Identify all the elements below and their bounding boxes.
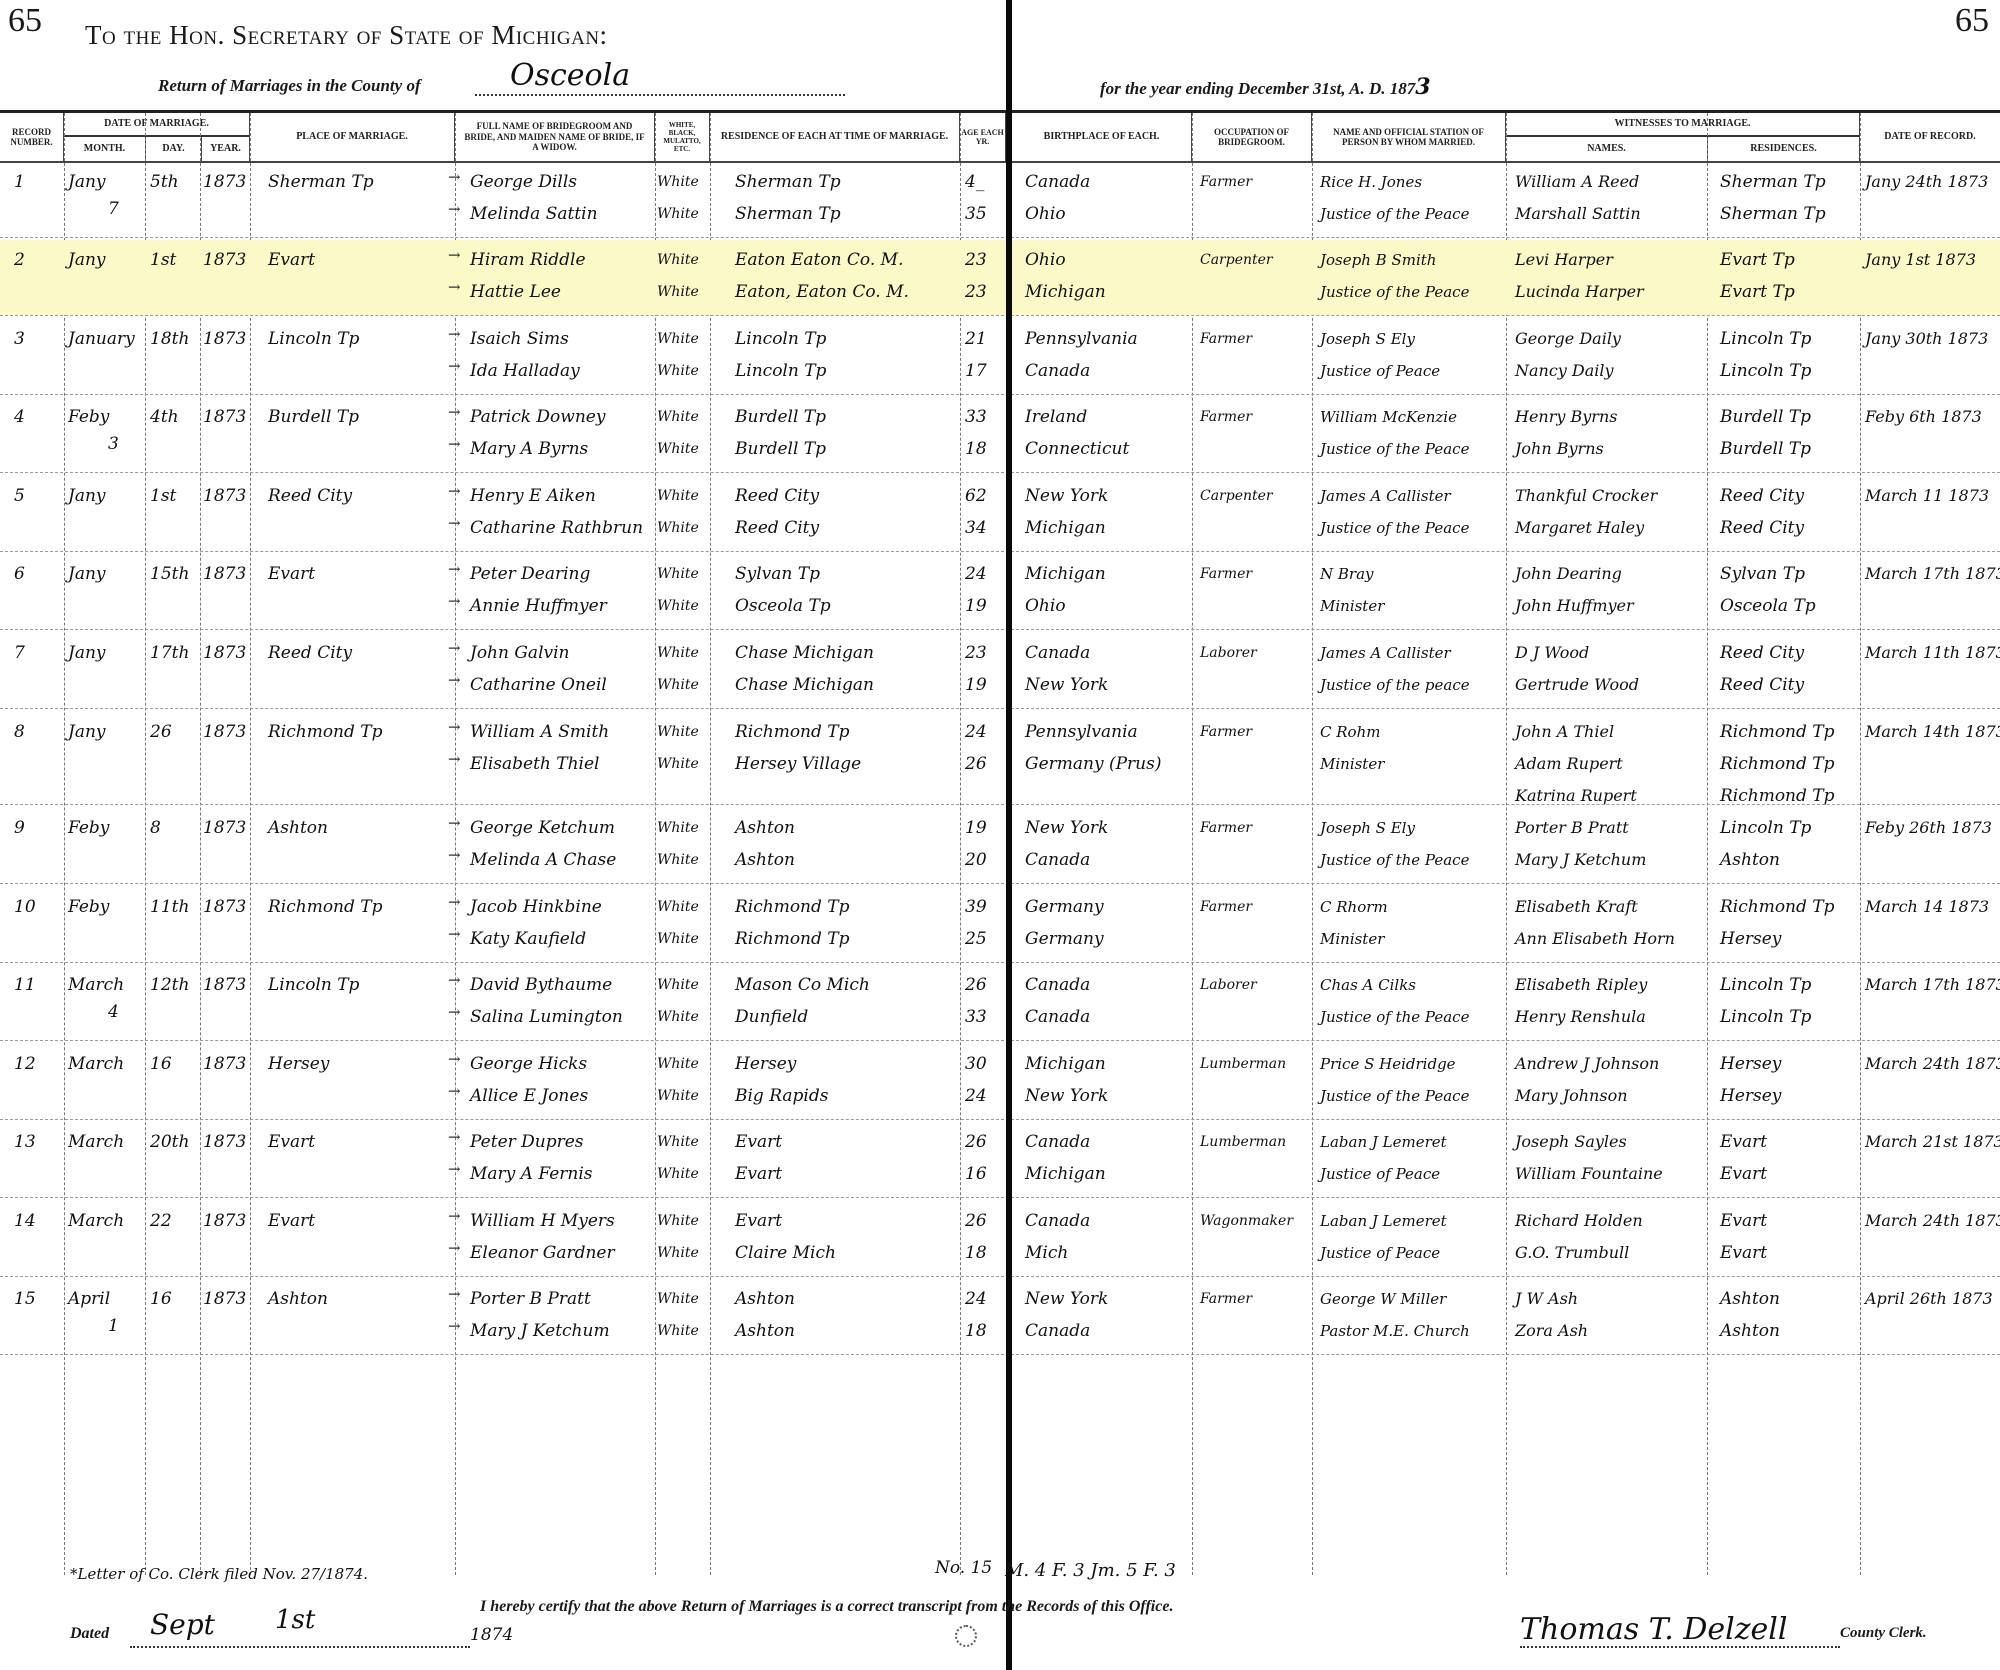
spouse-race: WhiteWhite [657, 401, 709, 465]
record-number: 9 [14, 812, 54, 844]
spouse-birthplaces: PennsylvaniaGermany (Prus) [1025, 716, 1190, 780]
spouse-residences-bride-res: Eaton, Eaton Co. M. [735, 276, 960, 308]
officiant-officiant-title: Justice of the peace [1320, 669, 1505, 701]
groom-occupation-occupation: Farmer [1200, 401, 1310, 433]
officiant-officiant-title: Justice of the Peace [1320, 276, 1505, 308]
officiant-officiant-title: Minister [1320, 923, 1505, 955]
officiant-officiant: Price S Heidridge [1320, 1048, 1505, 1080]
spouse-birthplaces-groom-birth: Canada [1025, 969, 1190, 1001]
spouse-race: WhiteWhite [657, 323, 709, 387]
spouse-birthplaces-bride-birth: New York [1025, 1080, 1190, 1112]
officiant-officiant: C Rohm [1320, 716, 1505, 748]
header-date-of-marriage: Date of Marriage. Month. Day. Year. [64, 113, 250, 161]
spouse-ages: 2618 [965, 1205, 1005, 1269]
marriage-month-month: Feby [68, 812, 144, 844]
spouse-names: Peter DearingAnnie Huffmyer [470, 558, 660, 622]
marriage-place: Sherman Tp [268, 166, 453, 198]
record-row: 12March161873HerseyGeorge HicksAllice E … [0, 1044, 2000, 1119]
marriage-place-place: Lincoln Tp [268, 969, 453, 1001]
witness-names-witness1: John Dearing [1515, 558, 1705, 590]
record-number: 6 [14, 558, 54, 590]
header-witness-residences: Residences. [1708, 137, 1859, 161]
bracket-arrow-icon: → [448, 514, 461, 532]
spouse-birthplaces-groom-birth: Canada [1025, 637, 1190, 669]
row-divider [0, 315, 2000, 316]
witness-residences-wres1: Hersey [1720, 1048, 1860, 1080]
marriage-day: 18th [150, 323, 198, 355]
spouse-ages: 2426 [965, 716, 1005, 780]
witness-residences: Richmond TpHersey [1720, 891, 1860, 955]
marriage-place-place: Hersey [268, 1048, 453, 1080]
officiant: N BrayMinister [1320, 558, 1505, 622]
spouse-race-groom-color: White [657, 244, 709, 276]
witness-residences-wres1: Reed City [1720, 637, 1860, 669]
groom-occupation: Laborer [1200, 969, 1310, 1001]
witness-names-witness1: J W Ash [1515, 1283, 1705, 1315]
marriage-year-year: 1873 [203, 637, 251, 669]
witness-names-witness1: Richard Holden [1515, 1205, 1705, 1237]
spouse-birthplaces: CanadaMich [1025, 1205, 1190, 1269]
spouse-names-groom: William H Myers [470, 1205, 660, 1237]
spouse-names: George DillsMelinda Sattin [470, 166, 660, 230]
marriage-year: 1873 [203, 716, 251, 748]
marriage-place-place: Reed City [268, 480, 453, 512]
spouse-names-groom: John Galvin [470, 637, 660, 669]
spouse-race-bride-color: White [657, 355, 709, 387]
tally-note: M. 4 F. 3 Jm. 5 F. 3 [1005, 1560, 1176, 1581]
record-number-num: 14 [14, 1205, 54, 1237]
record-number-num: 11 [14, 969, 54, 1001]
marriage-year: 1873 [203, 891, 251, 923]
spouse-race-bride-color: White [657, 748, 709, 780]
marriage-day: 1st [150, 244, 198, 276]
groom-occupation-occupation: Farmer [1200, 166, 1310, 198]
spouse-race-groom-color: White [657, 1205, 709, 1237]
header-place-of-marriage: Place of Marriage. [250, 113, 455, 161]
spouse-names-groom: William A Smith [470, 716, 660, 748]
date-of-record: April 26th 1873 [1865, 1283, 2000, 1315]
spouse-ages-groom-age: 30 [965, 1048, 1005, 1080]
officiant-officiant: George W Miller [1320, 1283, 1505, 1315]
row-divider [0, 804, 2000, 805]
witness-residences-wres1: Lincoln Tp [1720, 323, 1860, 355]
spouse-race: WhiteWhite [657, 244, 709, 308]
marriage-month-month: Jany [68, 166, 144, 198]
spouse-ages-bride-age: 18 [965, 1315, 1005, 1347]
spouse-names-groom: David Bythaume [470, 969, 660, 1001]
officiant: James A CallisterJustice of the Peace [1320, 480, 1505, 544]
date-of-record: Jany 1st 1873 [1865, 244, 2000, 276]
spouse-birthplaces-groom-birth: Michigan [1025, 558, 1190, 590]
marriage-day-day: 1st [150, 480, 198, 512]
spouse-names: John GalvinCatharine Oneil [470, 637, 660, 701]
spouse-names: Peter DupresMary A Fernis [470, 1126, 660, 1190]
witness-residences-wres1: Reed City [1720, 480, 1860, 512]
header-month: Month. [64, 137, 146, 161]
row-divider [0, 1119, 2000, 1120]
row-divider [0, 708, 2000, 709]
witness-residences-wres1: Sherman Tp [1720, 166, 1860, 198]
groom-occupation: Farmer [1200, 401, 1310, 433]
date-of-record: Feby 6th 1873 [1865, 401, 2000, 433]
spouse-birthplaces: IrelandConnecticut [1025, 401, 1190, 465]
groom-occupation: Lumberman [1200, 1048, 1310, 1080]
spouse-ages-bride-age: 33 [965, 1001, 1005, 1033]
spouse-birthplaces-bride-birth: New York [1025, 669, 1190, 701]
spouse-ages: 3318 [965, 401, 1005, 465]
marriage-year: 1873 [203, 401, 251, 433]
witness-residences: Reed CityReed City [1720, 637, 1860, 701]
spouse-ages: 3024 [965, 1048, 1005, 1112]
spouse-birthplaces-bride-birth: Canada [1025, 844, 1190, 876]
witness-names-witness1: Joseph Sayles [1515, 1126, 1705, 1158]
record-number: 13 [14, 1126, 54, 1158]
date-of-record-date-record: March 11 1873 [1865, 480, 2000, 512]
witness-residences-wres1: Evart [1720, 1205, 1860, 1237]
marriage-month: Jany [68, 716, 144, 748]
spouse-birthplaces: CanadaCanada [1025, 969, 1190, 1033]
record-number: 4 [14, 401, 54, 433]
witness-residences-wres2: Burdell Tp [1720, 433, 1860, 465]
marriage-day-day: 20th [150, 1126, 198, 1158]
marriage-day: 11th [150, 891, 198, 923]
groom-occupation-occupation: Lumberman [1200, 1126, 1310, 1158]
bracket-arrow-icon: → [448, 200, 461, 218]
date-of-record-date-record: March 21st 1873 [1865, 1126, 2000, 1158]
witness-names-witness2: William Fountaine [1515, 1158, 1705, 1190]
record-number: 14 [14, 1205, 54, 1237]
marriage-place: Burdell Tp [268, 401, 453, 433]
witness-names-witness1: William A Reed [1515, 166, 1705, 198]
spouse-birthplaces-groom-birth: New York [1025, 812, 1190, 844]
witness-names-witness2: Lucinda Harper [1515, 276, 1705, 308]
officiant-officiant: Laban J Lemeret [1320, 1205, 1505, 1237]
witness-residences-wres2: Hersey [1720, 923, 1860, 955]
witness-names: John A ThielAdam RupertKatrina Rupert [1515, 716, 1705, 812]
bracket-arrow-icon: → [448, 1003, 461, 1021]
date-of-record: March 17th 1873 [1865, 969, 2000, 1001]
spouse-race-bride-color: White [657, 1237, 709, 1269]
spouse-race-groom-color: White [657, 1048, 709, 1080]
spouse-names-groom: George Ketchum [470, 812, 660, 844]
marriage-month-month: Jany [68, 716, 144, 748]
bracket-arrow-icon: → [448, 1050, 461, 1068]
row-divider [0, 472, 2000, 473]
marriage-year-year: 1873 [203, 1048, 251, 1080]
groom-occupation: Farmer [1200, 716, 1310, 748]
spouse-residences-bride-res: Lincoln Tp [735, 355, 960, 387]
officiant: Laban J LemeretJustice of Peace [1320, 1205, 1505, 1269]
header-witnesses-label: Witnesses to Marriage. [1506, 113, 1859, 137]
header-occupation: Occupation of Bridegroom. [1192, 113, 1312, 161]
witness-residences-wres1: Richmond Tp [1720, 716, 1860, 748]
marriage-month: March4 [68, 969, 144, 1023]
marriage-day-day: 15th [150, 558, 198, 590]
marriage-month-month-note: 1 [68, 1315, 144, 1337]
spouse-birthplaces: MichiganNew York [1025, 1048, 1190, 1112]
marriage-place-place: Richmond Tp [268, 716, 453, 748]
marriage-month-month: Feby [68, 401, 144, 433]
spouse-names: George KetchumMelinda A Chase [470, 812, 660, 876]
marriage-place: Ashton [268, 812, 453, 844]
witness-names-witness2: Zora Ash [1515, 1315, 1705, 1347]
witness-names-witness1: Elisabeth Kraft [1515, 891, 1705, 923]
spouse-race-bride-color: White [657, 512, 709, 544]
groom-occupation: Farmer [1200, 558, 1310, 590]
marriage-month: Jany7 [68, 166, 144, 220]
marriage-place-place: Richmond Tp [268, 891, 453, 923]
spouse-names: George HicksAllice E Jones [470, 1048, 660, 1112]
spouse-names-bride: Annie Huffmyer [470, 590, 660, 622]
spouse-residences-groom-res: Ashton [735, 1283, 960, 1315]
spouse-names-groom: Henry E Aiken [470, 480, 660, 512]
marriage-year: 1873 [203, 969, 251, 1001]
bracket-arrow-icon: → [448, 718, 461, 736]
spouse-residences: Mason Co MichDunfield [735, 969, 960, 1033]
spouse-birthplaces-bride-birth: Michigan [1025, 276, 1190, 308]
record-number: 12 [14, 1048, 54, 1080]
row-divider [0, 629, 2000, 630]
witness-residences: HerseyHersey [1720, 1048, 1860, 1112]
spouse-race: WhiteWhite [657, 891, 709, 955]
record-row: 13March20th1873EvartPeter DupresMary A F… [0, 1122, 2000, 1197]
spouse-ages-bride-age: 18 [965, 1237, 1005, 1269]
spouse-names-bride: Hattie Lee [470, 276, 660, 308]
officiant-officiant-title: Minister [1320, 748, 1505, 780]
marriage-day: 26 [150, 716, 198, 748]
spouse-ages-bride-age: 20 [965, 844, 1005, 876]
spouse-residences: HerseyBig Rapids [735, 1048, 960, 1112]
witness-names: Elisabeth KraftAnn Elisabeth Horn [1515, 891, 1705, 955]
officiant-officiant-title: Justice of the Peace [1320, 198, 1505, 230]
officiant-officiant-title: Justice of the Peace [1320, 1080, 1505, 1112]
groom-occupation: Farmer [1200, 812, 1310, 844]
spouse-residences-bride-res: Osceola Tp [735, 590, 960, 622]
date-of-record: March 11th 1873 [1865, 637, 2000, 669]
spouse-names-bride: Ida Halladay [470, 355, 660, 387]
marriage-day-day: 22 [150, 1205, 198, 1237]
spouse-birthplaces-bride-birth: Michigan [1025, 1158, 1190, 1190]
groom-occupation-occupation: Farmer [1200, 323, 1310, 355]
witness-residences-wres2: Reed City [1720, 669, 1860, 701]
header-officiant: Name and Official Station of Person by W… [1312, 113, 1506, 161]
spouse-residences-groom-res: Eaton Eaton Co. M. [735, 244, 960, 276]
marriage-day-day: 1st [150, 244, 198, 276]
spouse-residences-bride-res: Reed City [735, 512, 960, 544]
dated-day: 1st [275, 1605, 315, 1635]
witness-residences-wres2: Evart Tp [1720, 276, 1860, 308]
spouse-names-groom: Patrick Downey [470, 401, 660, 433]
witness-residences-wres1: Lincoln Tp [1720, 969, 1860, 1001]
officiant-officiant-title: Justice of Peace [1320, 355, 1505, 387]
witness-names-witness1: John A Thiel [1515, 716, 1705, 748]
date-of-record-date-record: Jany 30th 1873 [1865, 323, 2000, 355]
spouse-ages-groom-age: 33 [965, 401, 1005, 433]
date-of-record-date-record: March 17th 1873 [1865, 558, 2000, 590]
marriage-day: 16 [150, 1283, 198, 1315]
marriage-year-year: 1873 [203, 558, 251, 590]
marriage-year: 1873 [203, 244, 251, 276]
spouse-race: WhiteWhite [657, 812, 709, 876]
spouse-names-bride: Allice E Jones [470, 1080, 660, 1112]
witness-names: J W AshZora Ash [1515, 1283, 1705, 1347]
spouse-race: WhiteWhite [657, 637, 709, 701]
marriage-month-month: March [68, 1048, 144, 1080]
bracket-arrow-icon: → [448, 325, 461, 343]
date-of-record-date-record: March 24th 1873 [1865, 1048, 2000, 1080]
spouse-race-bride-color: White [657, 276, 709, 308]
row-divider [0, 1040, 2000, 1041]
record-row: 7Jany17th1873Reed CityJohn GalvinCathari… [0, 633, 2000, 708]
record-number-num: 7 [14, 637, 54, 669]
marriage-day-day: 26 [150, 716, 198, 748]
spouse-names: David BythaumeSalina Lumington [470, 969, 660, 1033]
spouse-names-groom: Isaich Sims [470, 323, 660, 355]
marriage-month-month-note: 3 [68, 433, 144, 455]
witness-names-witness2: G.O. Trumbull [1515, 1237, 1705, 1269]
witness-residences-wres2: Hersey [1720, 1080, 1860, 1112]
spouse-birthplaces: New YorkCanada [1025, 1283, 1190, 1347]
bracket-arrow-icon: → [448, 1160, 461, 1178]
witness-residences-wres2: Richmond Tp [1720, 748, 1860, 780]
groom-occupation-occupation: Lumberman [1200, 1048, 1310, 1080]
spouse-names-groom: Porter B Pratt [470, 1283, 660, 1315]
spouse-residences: Chase MichiganChase Michigan [735, 637, 960, 701]
bracket-arrow-icon: → [448, 246, 461, 264]
witness-residences: Richmond TpRichmond TpRichmond Tp [1720, 716, 1860, 812]
marriage-day: 12th [150, 969, 198, 1001]
spouse-names-bride: Catharine Oneil [470, 669, 660, 701]
marriage-place: Richmond Tp [268, 891, 453, 923]
witness-names-witness2: Mary J Ketchum [1515, 844, 1705, 876]
marriage-year: 1873 [203, 480, 251, 512]
spouse-ages-bride-age: 18 [965, 433, 1005, 465]
marriage-year: 1873 [203, 1126, 251, 1158]
witness-names: Andrew J JohnsonMary Johnson [1515, 1048, 1705, 1112]
document-title: To the Hon. Secretary of State of Michig… [85, 20, 608, 51]
marriage-day: 17th [150, 637, 198, 669]
officiant: Chas A CilksJustice of the Peace [1320, 969, 1505, 1033]
year-label-text: for the year ending December 31st, A. D.… [1100, 79, 1415, 98]
witness-residences-wres2: Lincoln Tp [1720, 1001, 1860, 1033]
dated-year: 1874 [470, 1625, 513, 1645]
spouse-ages: 2419 [965, 558, 1005, 622]
spouse-names: William H MyersEleanor Gardner [470, 1205, 660, 1269]
witness-names-witness1: George Daily [1515, 323, 1705, 355]
spouse-birthplaces: MichiganOhio [1025, 558, 1190, 622]
witness-residences: Burdell TpBurdell Tp [1720, 401, 1860, 465]
groom-occupation-occupation: Farmer [1200, 558, 1310, 590]
marriage-day-day: 8 [150, 812, 198, 844]
spouse-ages: 2323 [965, 244, 1005, 308]
date-of-record-date-record: March 17th 1873 [1865, 969, 2000, 1001]
spouse-birthplaces-bride-birth: Canada [1025, 1315, 1190, 1347]
witness-residences-wres2: Reed City [1720, 512, 1860, 544]
marriage-month-month: April [68, 1283, 144, 1315]
marriage-year-year: 1873 [203, 166, 251, 198]
spouse-residences-bride-res: Burdell Tp [735, 433, 960, 465]
date-of-record-date-record: March 11th 1873 [1865, 637, 2000, 669]
officiant-officiant: James A Callister [1320, 637, 1505, 669]
spouse-residences: AshtonAshton [735, 812, 960, 876]
spouse-birthplaces-bride-birth: Ohio [1025, 198, 1190, 230]
officiant-officiant: James A Callister [1320, 480, 1505, 512]
spouse-ages-bride-age: 35 [965, 198, 1005, 230]
spouse-birthplaces-groom-birth: Canada [1025, 166, 1190, 198]
spouse-residences-groom-res: Richmond Tp [735, 716, 960, 748]
marriage-year: 1873 [203, 166, 251, 198]
spouse-ages-groom-age: 26 [965, 1205, 1005, 1237]
record-row: 15April1161873AshtonPorter B PrattMary J… [0, 1279, 2000, 1354]
record-row: 4Feby34th1873Burdell TpPatrick DowneyMar… [0, 397, 2000, 472]
marriage-month-month-note: 7 [68, 198, 144, 220]
return-label: Return of Marriages in the County of [158, 76, 421, 96]
spouse-ages-bride-age: 34 [965, 512, 1005, 544]
marriage-place: Ashton [268, 1283, 453, 1315]
date-of-record: Feby 26th 1873 [1865, 812, 2000, 844]
row-divider [0, 1197, 2000, 1198]
spouse-residences: Eaton Eaton Co. M.Eaton, Eaton Co. M. [735, 244, 960, 308]
witness-residences-wres2: Evart [1720, 1237, 1860, 1269]
spouse-residences: AshtonAshton [735, 1283, 960, 1347]
record-row: 11March412th1873Lincoln TpDavid Bythaume… [0, 965, 2000, 1040]
groom-occupation: Lumberman [1200, 1126, 1310, 1158]
spouse-ages-groom-age: 26 [965, 969, 1005, 1001]
officiant-officiant-title: Justice of the Peace [1320, 1001, 1505, 1033]
date-of-record: Jany 30th 1873 [1865, 323, 2000, 355]
marriage-day: 15th [150, 558, 198, 590]
groom-occupation: Farmer [1200, 1283, 1310, 1315]
witness-residences-wres1: Evart [1720, 1126, 1860, 1158]
spouse-residences: Sherman TpSherman Tp [735, 166, 960, 230]
spouse-ages: 2418 [965, 1283, 1005, 1347]
spouse-residences-groom-res: Mason Co Mich [735, 969, 960, 1001]
spouse-names-bride: Catharine Rathbrun [470, 512, 660, 544]
marriage-place: Lincoln Tp [268, 323, 453, 355]
spouse-race-groom-color: White [657, 716, 709, 748]
spouse-names: Isaich SimsIda Halladay [470, 323, 660, 387]
spouse-residences-groom-res: Lincoln Tp [735, 323, 960, 355]
marriage-month-month: March [68, 1205, 144, 1237]
witness-names-witness1: Elisabeth Ripley [1515, 969, 1705, 1001]
groom-occupation: Carpenter [1200, 480, 1310, 512]
spouse-ages: 1920 [965, 812, 1005, 876]
spouse-birthplaces-bride-birth: Canada [1025, 1001, 1190, 1033]
record-row: 10Feby11th1873Richmond TpJacob HinkbineK… [0, 887, 2000, 962]
witness-residences: EvartEvart [1720, 1205, 1860, 1269]
officiant-officiant: Laban J Lemeret [1320, 1126, 1505, 1158]
spouse-race-groom-color: White [657, 166, 709, 198]
spouse-race: WhiteWhite [657, 166, 709, 230]
witness-names: D J WoodGertrude Wood [1515, 637, 1705, 701]
spouse-race-groom-color: White [657, 558, 709, 590]
spouse-race-bride-color: White [657, 590, 709, 622]
marriage-month: Jany [68, 480, 144, 512]
row-divider [0, 962, 2000, 963]
date-of-record: March 14 1873 [1865, 891, 2000, 923]
officiant-officiant: Chas A Cilks [1320, 969, 1505, 1001]
record-number: 15 [14, 1283, 54, 1315]
spouse-residences: Richmond TpRichmond Tp [735, 891, 960, 955]
marriage-year: 1873 [203, 1205, 251, 1237]
witness-residences: Lincoln TpLincoln Tp [1720, 969, 1860, 1033]
marriage-month: Jany [68, 244, 144, 276]
spouse-residences-groom-res: Chase Michigan [735, 637, 960, 669]
groom-occupation-occupation: Carpenter [1200, 244, 1310, 276]
marriage-month: Jany [68, 558, 144, 590]
spouse-ages-groom-age: 21 [965, 323, 1005, 355]
date-of-record: March 24th 1873 [1865, 1205, 2000, 1237]
